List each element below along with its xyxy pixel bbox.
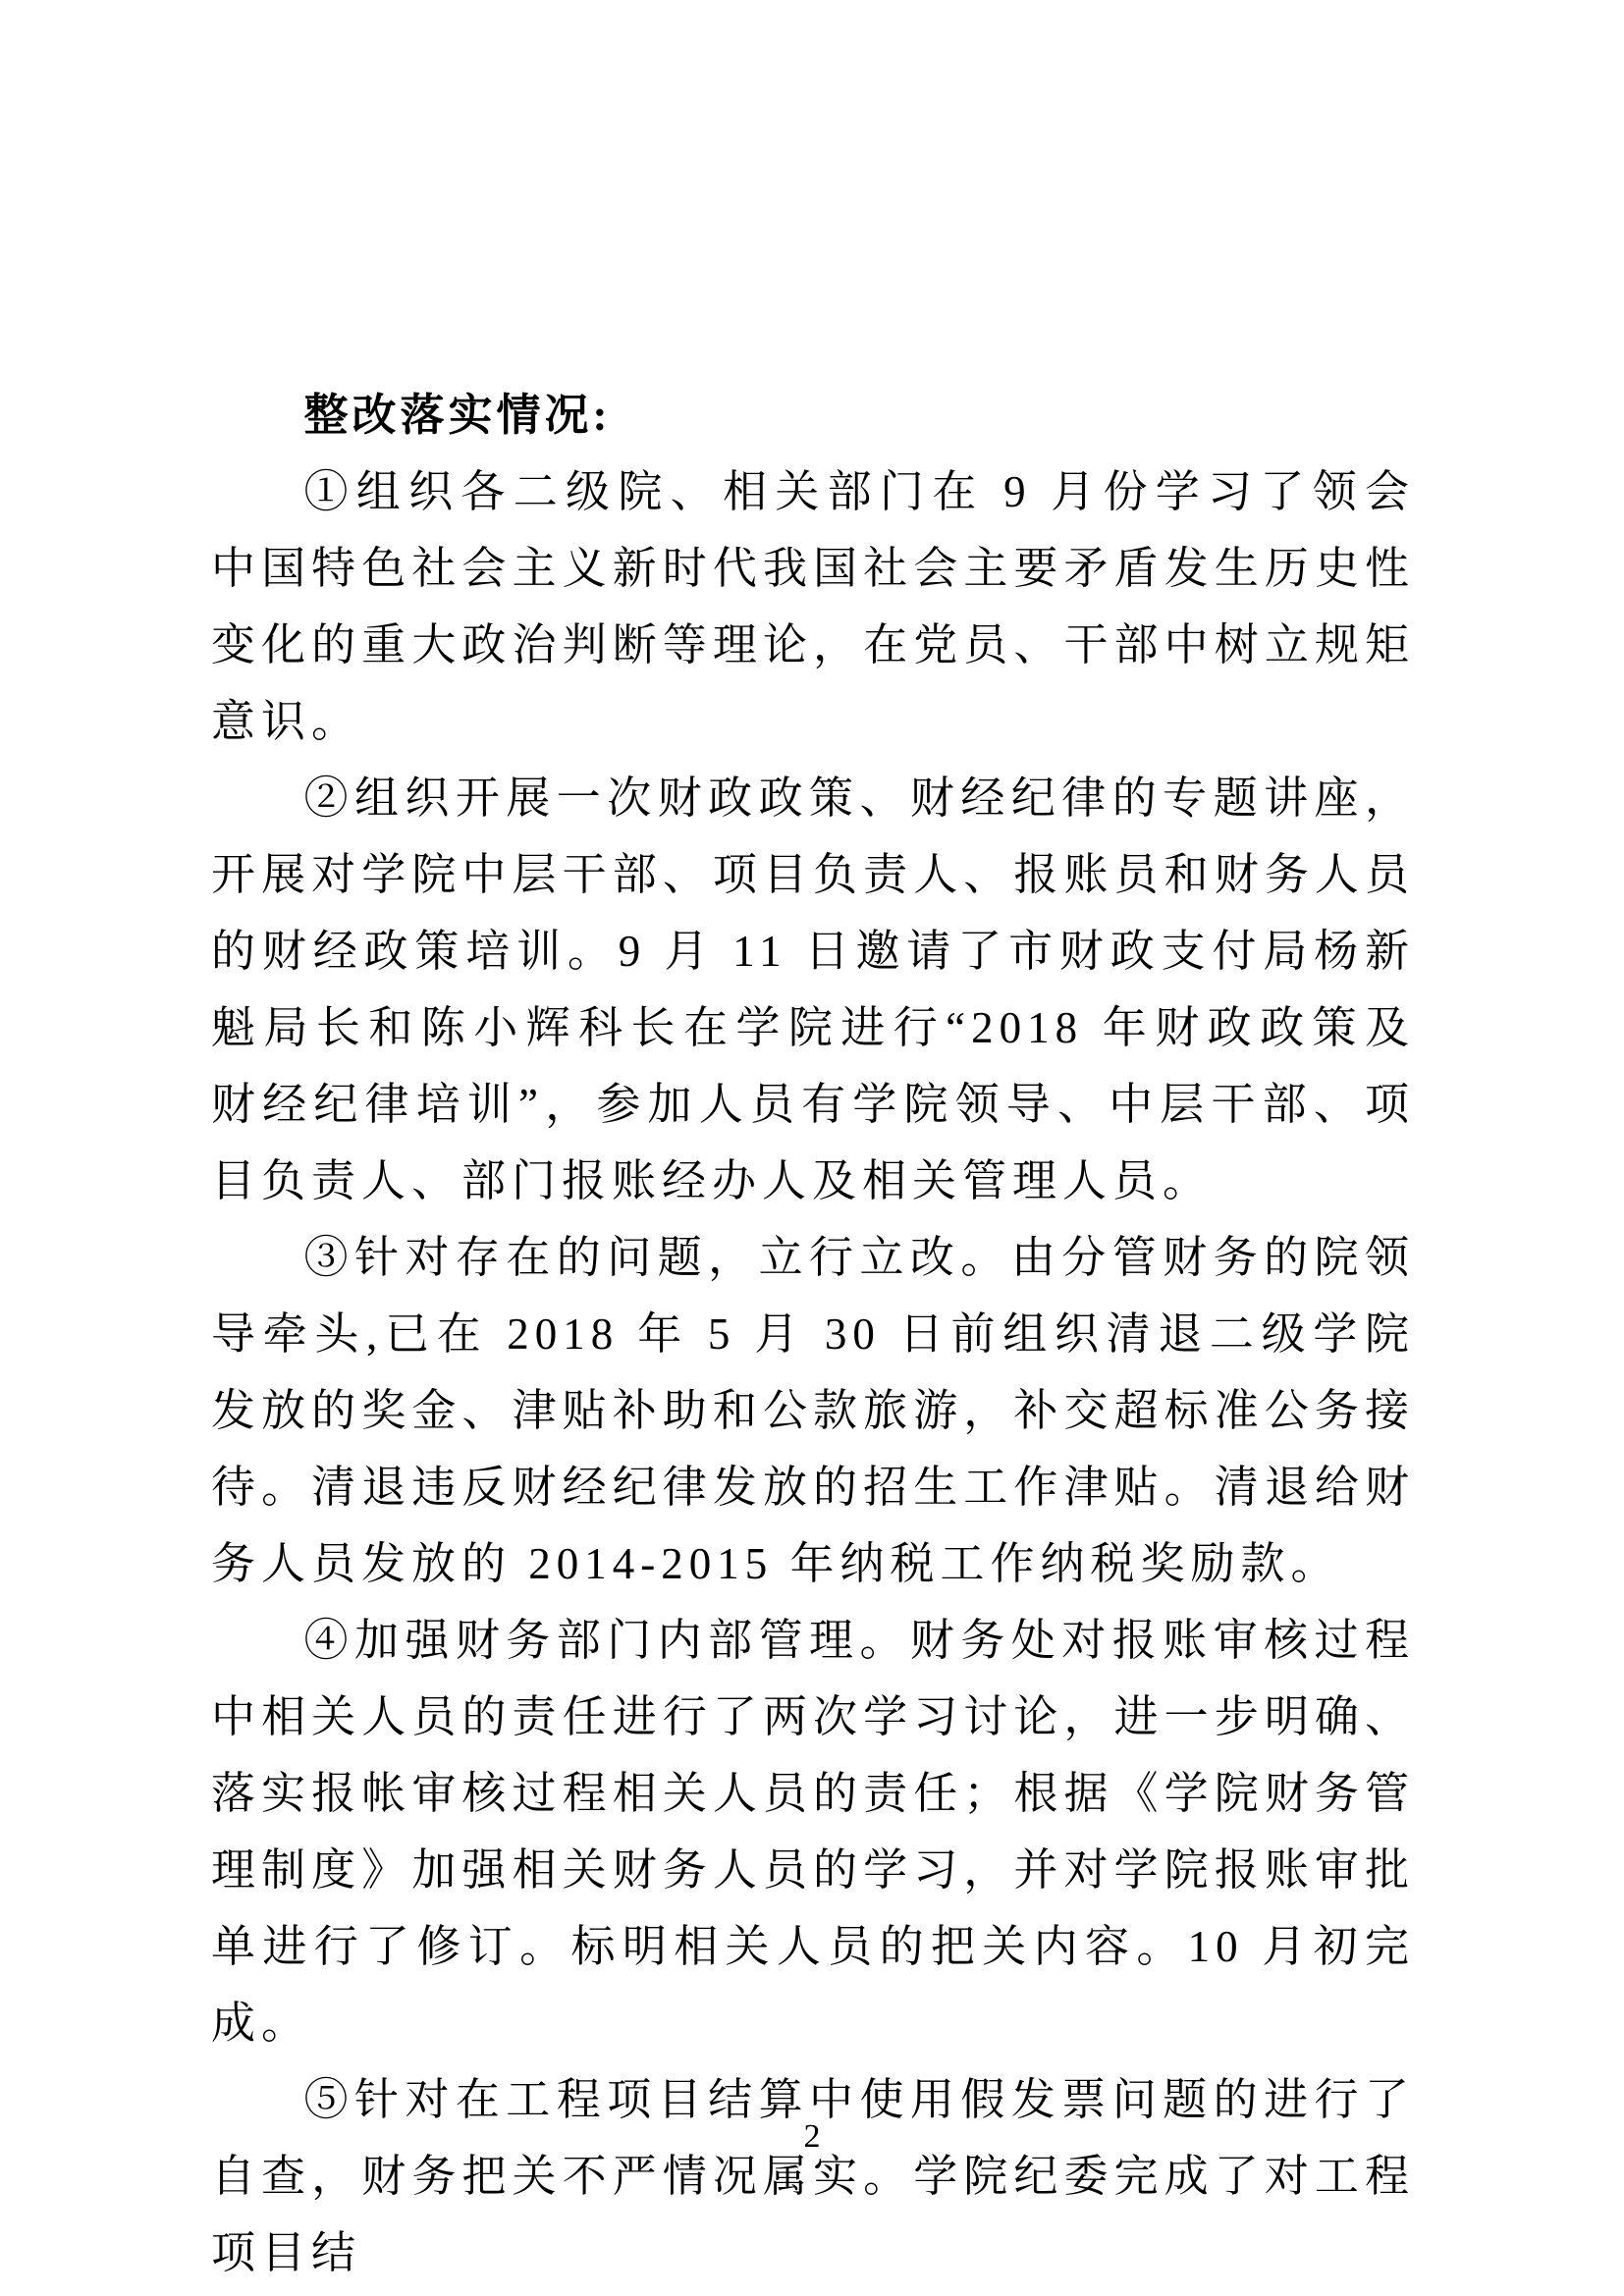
body-paragraph-4: ④加强财务部门内部管理。财务处对报账审核过程中相关人员的责任进行了两次学习讨论，…: [211, 1602, 1415, 2061]
body-paragraph-3: ③针对存在的问题，立行立改。由分管财务的院领导牵头,已在 2018 年 5 月 …: [211, 1219, 1415, 1602]
document-page: 整改落实情况: ①组织各二级院、相关部门在 9 月份学习了领会中国特色社会主义新…: [0, 0, 1624, 2296]
body-paragraph-2: ②组织开展一次财政政策、财经纪律的专题讲座，开展对学院中层干部、项目负责人、报账…: [211, 760, 1415, 1219]
body-paragraph-5: ⑤针对在工程项目结算中使用假发票问题的进行了自查，财务把关不严情况属实。学院纪委…: [211, 2061, 1415, 2291]
document-body: 整改落实情况: ①组织各二级院、相关部门在 9 月份学习了领会中国特色社会主义新…: [211, 377, 1415, 2291]
section-heading: 整改落实情况:: [211, 377, 1415, 454]
page-footer: 2: [0, 2118, 1624, 2156]
body-paragraph-1: ①组织各二级院、相关部门在 9 月份学习了领会中国特色社会主义新时代我国社会主要…: [211, 454, 1415, 760]
page-number: 2: [804, 2118, 821, 2155]
